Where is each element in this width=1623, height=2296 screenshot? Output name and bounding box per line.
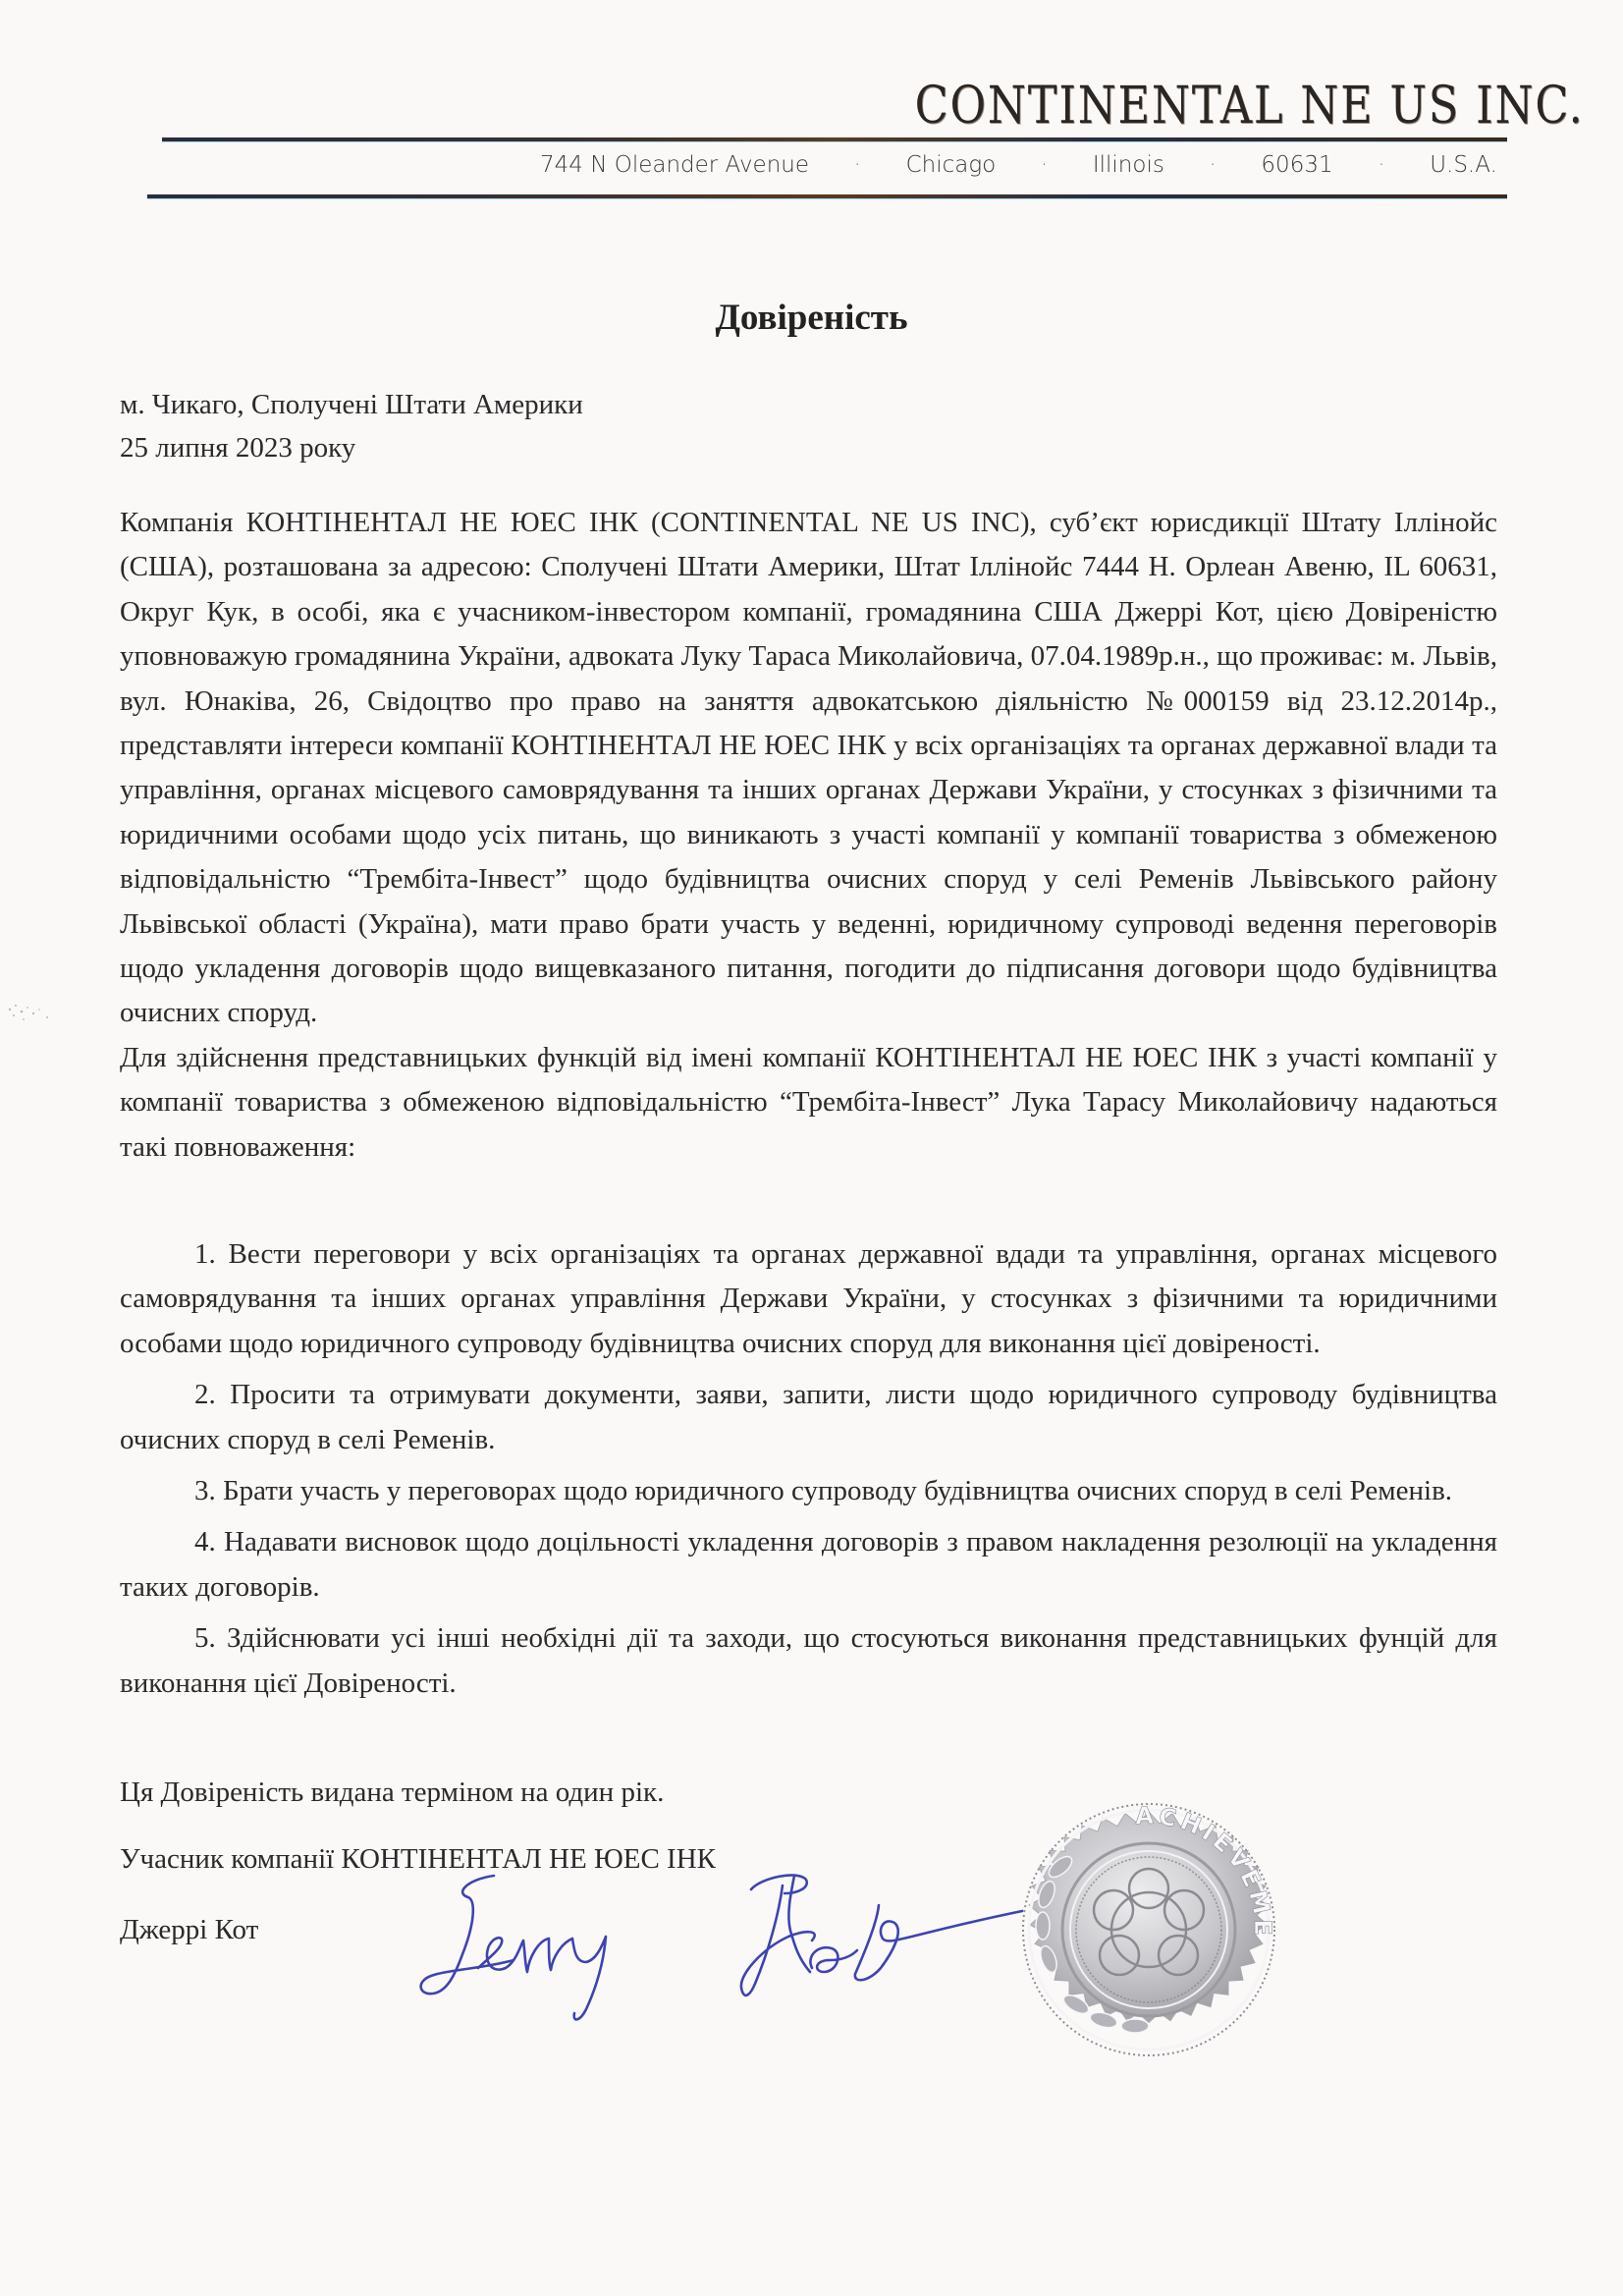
address-street: 744 N Oleander Avenue <box>540 152 809 178</box>
document-body: Компанія КОНТІНЕНТАЛ НЕ ЮЕС ІНК (CONTINE… <box>120 501 1497 1170</box>
address-separator: · <box>1378 152 1384 178</box>
power-item: 5. Здійснювати усі інші необхідні дії та… <box>120 1616 1497 1706</box>
power-item: 3. Брати участь у переговорах щодо юриди… <box>120 1469 1497 1513</box>
validity-term: Ця Довіреність видана терміном на один р… <box>120 1773 664 1812</box>
powers-list: 1. Вести переговори у всіх організаціях … <box>120 1232 1497 1713</box>
address-separator: · <box>1209 152 1216 178</box>
address-country: U.S.A. <box>1430 152 1497 178</box>
letterhead-divider-top <box>162 137 1507 142</box>
scan-artifact <box>4 998 53 1027</box>
signer-name: Джеррі Кот <box>120 1910 258 1949</box>
address-zip: 60631 <box>1261 152 1332 178</box>
power-item: 2. Просити та отримувати документи, заяв… <box>120 1373 1497 1462</box>
address-state: Illinois <box>1093 152 1164 178</box>
body-paragraph: Для здійснення представницьких функцій в… <box>120 1036 1497 1170</box>
letterhead-divider-bottom <box>147 194 1507 199</box>
embossed-seal-icon: ACHIEVEMENT <box>992 1773 1306 2087</box>
power-item: 4. Надавати висновок щодо доцільності ук… <box>120 1520 1497 1610</box>
power-item: 1. Вести переговори у всіх організаціях … <box>120 1232 1497 1366</box>
body-paragraph: Компанія КОНТІНЕНТАЛ НЕ ЮЕС ІНК (CONTINE… <box>120 501 1497 1036</box>
handwritten-signature <box>417 1866 1026 2023</box>
address-separator: · <box>854 152 861 178</box>
address-separator: · <box>1041 152 1048 178</box>
document-date: 25 липня 2023 року <box>120 426 583 469</box>
address-city: Chicago <box>906 152 997 178</box>
document-title: Довіреність <box>0 297 1623 339</box>
company-letterhead-name: CONTINENTAL NE US INC. <box>915 77 1497 136</box>
place-date-block: м. Чикаго, Сполучені Штати Америки 25 ли… <box>120 383 583 469</box>
document-place: м. Чикаго, Сполучені Штати Америки <box>120 383 583 426</box>
letterhead-address: 744 N Oleander Avenue · Chicago · Illino… <box>540 152 1497 178</box>
